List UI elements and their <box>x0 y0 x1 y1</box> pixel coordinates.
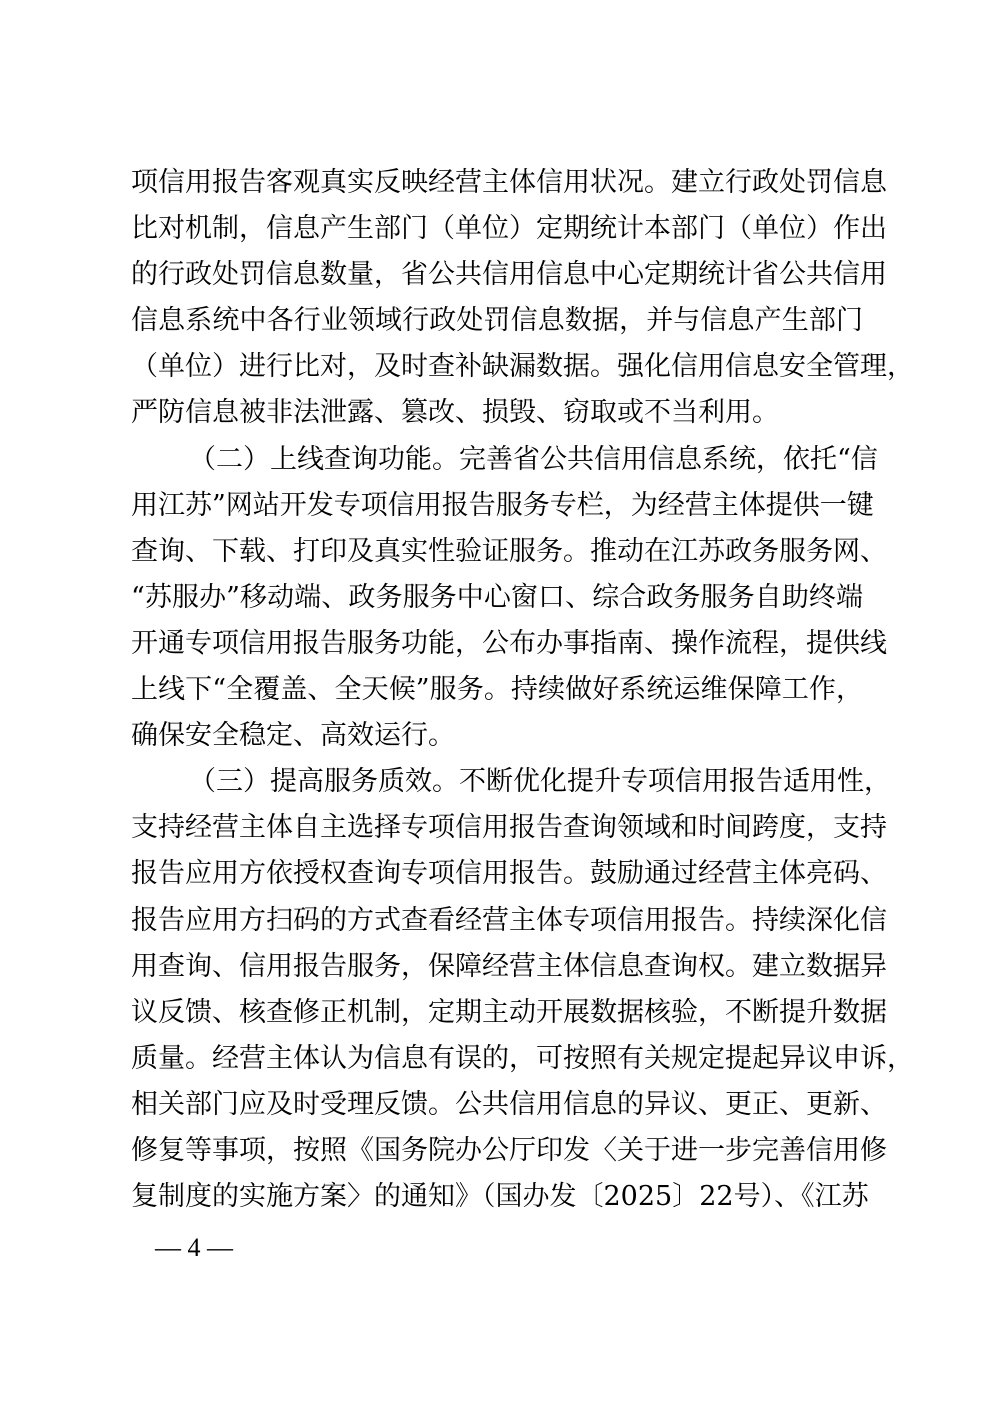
text-line: 项信用报告客观真实反映经营主体信用状况。建立行政处罚信息 <box>131 160 863 206</box>
text-line: 修复等事项，按照《国务院办公厅印发〈关于进一步完善信用修 <box>131 1128 863 1174</box>
text-line: 议反馈、核查修正机制，定期主动开展数据核验，不断提升数据 <box>131 990 863 1036</box>
text-line: 报告应用方依授权查询专项信用报告。鼓励通过经营主体亮码、 <box>131 851 863 897</box>
text-line: 比对机制，信息产生部门（单位）定期统计本部门（单位）作出 <box>131 206 863 252</box>
text-line: 报告应用方扫码的方式查看经营主体专项信用报告。持续深化信 <box>131 898 863 944</box>
text-line: 严防信息被非法泄露、篡改、损毁、窃取或不当利用。 <box>131 390 863 436</box>
text-line: 信息系统中各行业领域行政处罚信息数据，并与信息产生部门 <box>131 298 863 344</box>
document-page: 项信用报告客观真实反映经营主体信用状况。建立行政处罚信息 比对机制，信息产生部门… <box>0 0 992 1403</box>
text-line: 开通专项信用报告服务功能，公布办事指南、操作流程，提供线 <box>131 621 863 667</box>
text-line: 确保安全稳定、高效运行。 <box>131 713 863 759</box>
section-heading-line: （三）提高服务质效。不断优化提升专项信用报告适用性， <box>131 759 863 805</box>
text-line: 的行政处罚信息数量，省公共信用信息中心定期统计省公共信用 <box>131 252 863 298</box>
text-line: “苏服办”移动端、政务服务中心窗口、综合政务服务自助终端 <box>131 575 863 621</box>
text-line: 复制度的实施方案〉的通知》（国办发〔2025〕22号）、《江苏 <box>131 1174 863 1220</box>
text-line: 质量。经营主体认为信息有误的，可按照有关规定提起异议申诉， <box>131 1036 863 1082</box>
text-line: 相关部门应及时受理反馈。公共信用信息的异议、更正、更新、 <box>131 1082 863 1128</box>
text-line: 查询、下载、打印及真实性验证服务。推动在江苏政务服务网、 <box>131 529 863 575</box>
section-heading-line: （二）上线查询功能。完善省公共信用信息系统，依托“信 <box>131 437 863 483</box>
text-line: 支持经营主体自主选择专项信用报告查询领域和时间跨度，支持 <box>131 805 863 851</box>
body-text: 项信用报告客观真实反映经营主体信用状况。建立行政处罚信息 比对机制，信息产生部门… <box>131 160 863 1220</box>
text-line: 用江苏”网站开发专项信用报告服务专栏，为经营主体提供一键 <box>131 483 863 529</box>
text-line: 上线下“全覆盖、全天候”服务。持续做好系统运维保障工作， <box>131 667 863 713</box>
text-line: 用查询、信用报告服务，保障经营主体信息查询权。建立数据异 <box>131 944 863 990</box>
text-line: （单位）进行比对，及时查补缺漏数据。强化信用信息安全管理， <box>131 344 863 390</box>
page-number: — 4 — <box>155 1228 233 1268</box>
